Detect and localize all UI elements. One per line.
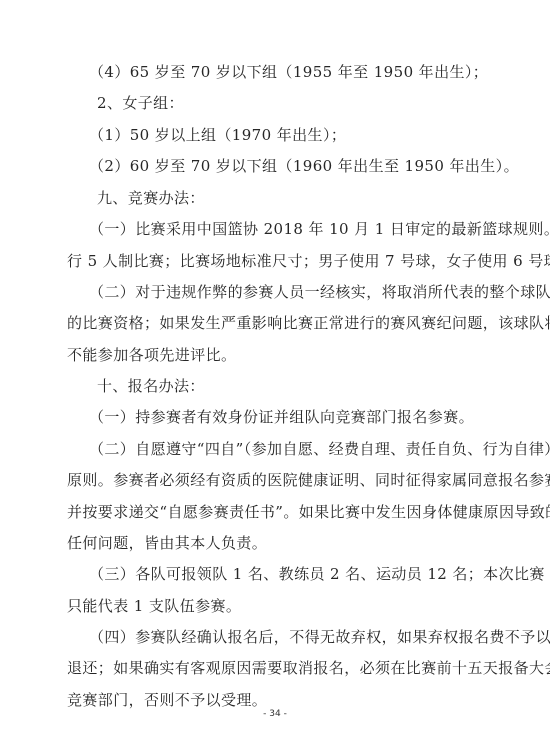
text-line: （三）各队可报领队 1 名、教练员 2 名、运动员 12 名；本次比赛 1 人 [89,564,485,584]
text-line: （一）比赛采用中国篮协 2018 年 10 月 1 日审定的最新篮球规则。实 [89,219,485,239]
text-line: （二）自愿遵守“四自”（参加自愿、经费自理、责任自负、行为自律） [89,439,485,459]
text-line: （二）对于违规作弊的参赛人员一经核实，将取消所代表的整个球队 [89,282,485,302]
text-line: 退还；如果确实有客观原因需要取消报名，必须在比赛前十五天报备大会 [67,658,485,678]
document-page: （4）65 岁至 70 岁以下组（1955 年至 1950 年出生）；2、女子组… [0,0,550,746]
text-line: 任何问题，皆由其本人负责。 [67,533,485,553]
text-line: 不能参加各项先进评比。 [67,345,485,365]
text-line: 竞赛部门，否则不予以受理。 [67,690,485,710]
text-line: （2）60 岁至 70 岁以下组（1960 年出生至 1950 年出生）。 [89,156,485,176]
text-line: （4）65 岁至 70 岁以下组（1955 年至 1950 年出生）； [89,62,485,82]
text-line: 只能代表 1 支队伍参赛。 [67,596,485,616]
text-line: 十、报名办法： [97,376,485,396]
text-line: 九、竞赛办法： [97,188,485,208]
text-line: （四）参赛队经确认报名后，不得无故弃权，如果弃权报名费不予以 [89,627,485,647]
text-line: （一）持参赛者有效身份证并组队向竞赛部门报名参赛。 [89,407,485,427]
text-line: 2、女子组： [97,93,485,113]
text-line: 行 5 人制比赛；比赛场地标准尺寸；男子使用 7 号球，女子使用 6 号球。 [67,251,485,271]
text-line: 的比赛资格；如果发生严重影响比赛正常进行的赛风赛纪问题，该球队将 [67,313,485,333]
text-line: （1）50 岁以上组（1970 年出生）； [89,125,485,145]
text-line: 原则。参赛者必须经有资质的医院健康证明、同时征得家属同意报名参赛， [67,470,485,490]
text-line: 并按要求递交“自愿参赛责任书”。如果比赛中发生因身体健康原因导致的 [67,502,485,522]
page-number: - 34 - [0,709,550,719]
